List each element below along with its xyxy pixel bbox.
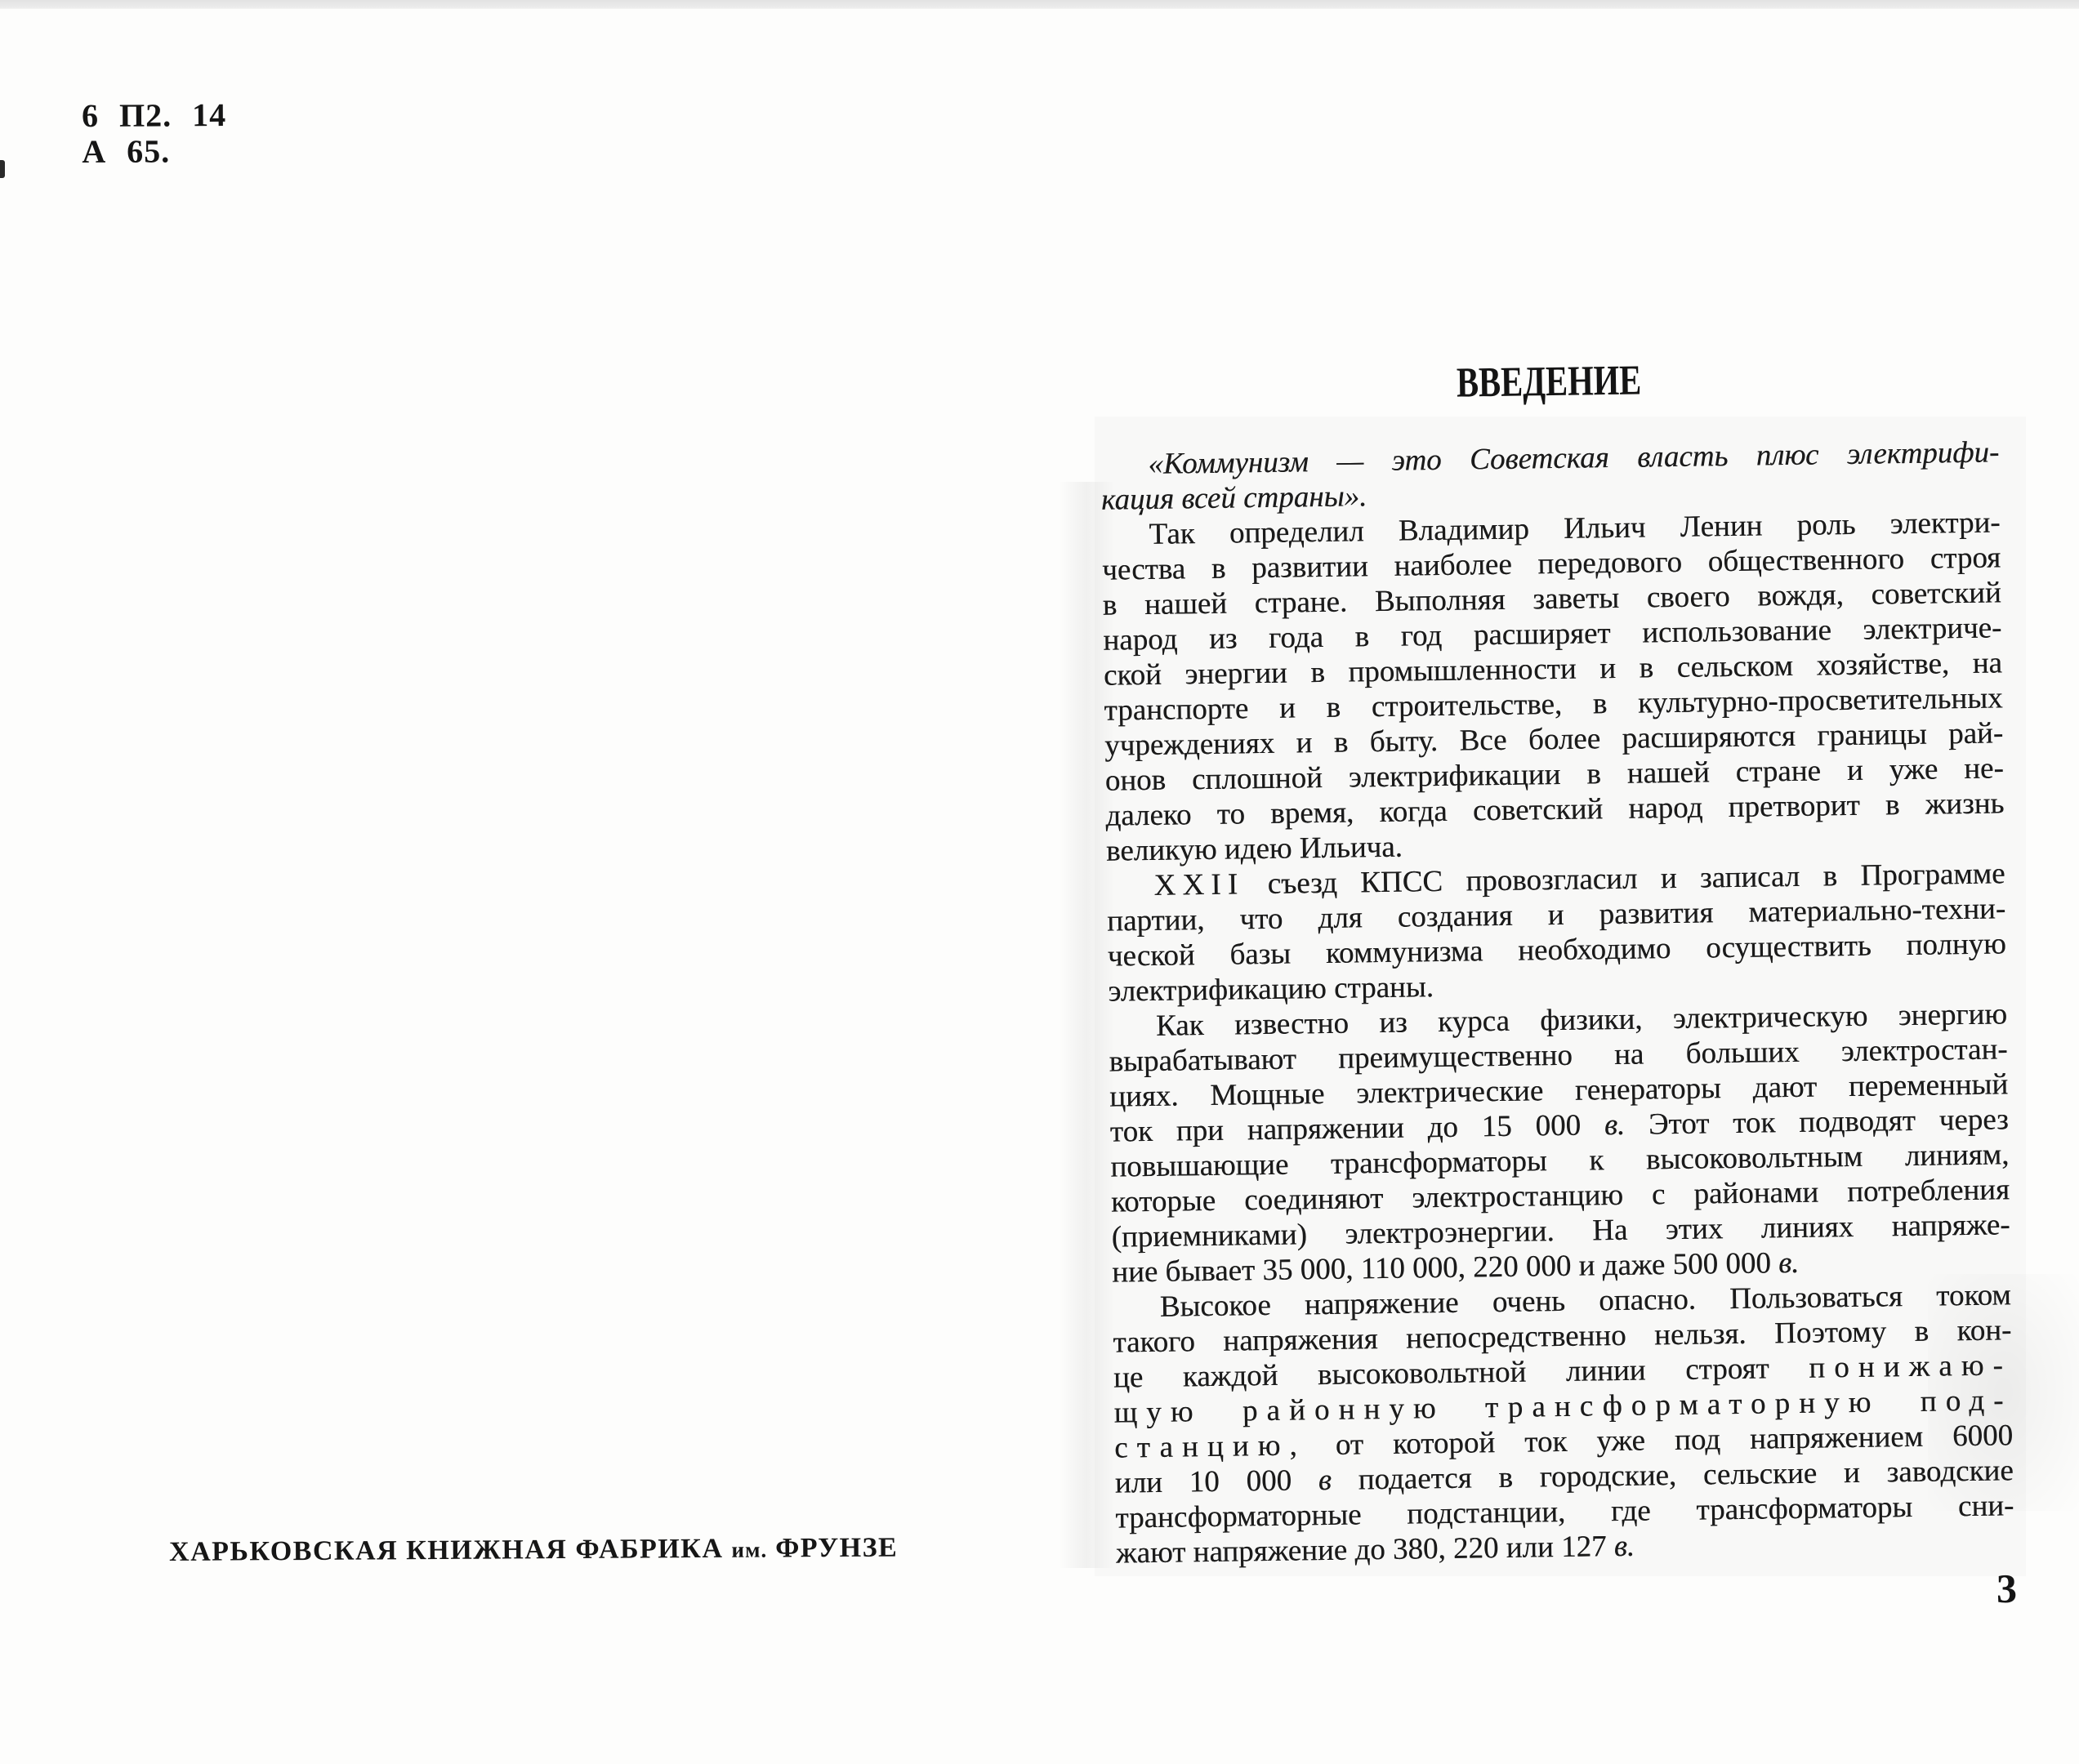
chapter-heading-text: ВВЕДЕНИЕ: [1457, 358, 1642, 406]
scan-edge-artifact: [0, 0, 2079, 9]
call-number-line2: А 65.: [82, 133, 226, 170]
imprint-name: ФРУНЗЕ: [775, 1533, 898, 1564]
imprint-main: ХАРЬКОВСКАЯ КНИЖНАЯ ФАБРИКА: [169, 1534, 724, 1567]
call-number-line1: 6 П2. 14: [82, 97, 226, 134]
library-call-number: 6 П2. 14 А 65.: [82, 97, 227, 170]
imprint-im: им.: [731, 1538, 767, 1562]
page-number: 3: [1996, 1565, 2018, 1612]
scan-speck-artifact: [0, 160, 5, 178]
chapter-heading: ВВЕДЕНИЕ: [1100, 353, 1999, 447]
body-text: «Коммунизм — это Советская власть плюс э…: [1100, 434, 2014, 1570]
printing-house-imprint: ХАРЬКОВСКАЯ КНИЖНАЯ ФАБРИКА им. ФРУНЗЕ: [169, 1533, 898, 1568]
right-page: ВВЕДЕНИЕ «Коммунизм — это Советская влас…: [1100, 353, 2015, 1570]
